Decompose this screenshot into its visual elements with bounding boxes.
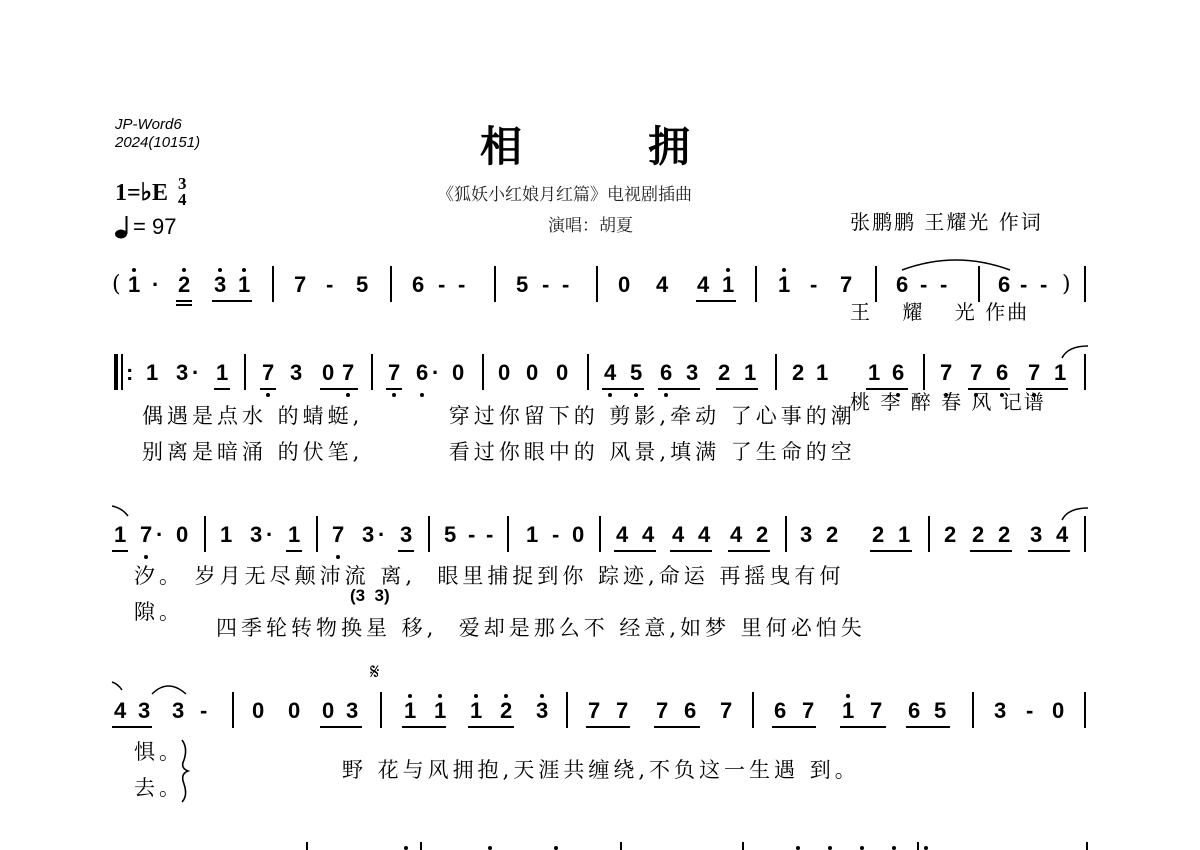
lyrics-refrain: 野 花与风拥抱,天涯共缠绕,不负这一生遇 到。 xyxy=(342,754,860,784)
segno-icon: 𝄋 xyxy=(370,660,379,685)
lyrics-verse-1-end: 惧。 xyxy=(134,736,184,766)
score-line-5-partial xyxy=(0,842,1200,850)
score-line-1: ( 1 · 2 3 1 7-5 6-- 5-- 04 41 1 -7 6-- 6… xyxy=(0,270,1200,310)
lyrics-verse-1-line-2a: 偶遇是点水 的蜻蜓, 穿过你留下的 剪影,牵动 了心事的潮 xyxy=(142,400,856,430)
lyrics-verse-2-line-3-start: 隙。 xyxy=(134,596,184,626)
alternate-notes: (3 3) xyxy=(350,586,390,606)
score-line-3: 1 7· 0 13· 1 7 3· 3 5-- 1-0 44 44 42 32 … xyxy=(0,520,1200,560)
page-title: 相 拥 xyxy=(480,114,690,174)
singer: 演唱：胡夏 xyxy=(548,211,633,236)
score-line-4: 43 3- 00 03 1 1 1 2 3 77 76 7 67 1 7 65 … xyxy=(0,696,1200,736)
software-label: JP-Word6 2024(10151) xyxy=(115,116,200,152)
lyrics-verse-2-line-3: 四季轮转物换星 移, 爱却是那么不 经意,如梦 里何必怕失 xyxy=(216,612,866,642)
time-signature: 3 4 xyxy=(178,176,187,208)
tie-slur xyxy=(900,256,1012,272)
lyricist: 张鹏鹏 王耀光 作词 xyxy=(850,207,1046,237)
key-label: 1=♭E xyxy=(115,178,168,207)
score-line-2: : 13· 1 7 3 07 7 6· 0 000 45 63 21 21 16… xyxy=(0,358,1200,398)
lyrics-verse-1-line-3: 汐。 岁月无尽颠沛流 离, 眼里捕捉到你 踪迹,命运 再摇曳有何 xyxy=(134,560,844,590)
subtitle: 《狐妖小红娘月红篇》电视剧插曲 xyxy=(437,180,692,205)
tie-slur xyxy=(110,680,190,696)
tie-slur xyxy=(1060,506,1090,522)
tie-slur xyxy=(1060,344,1090,360)
tempo-value: = 97 xyxy=(133,214,176,240)
software-version: 2024(10151) xyxy=(115,134,200,152)
tempo-marking: = 97 xyxy=(115,214,176,240)
brace-icon xyxy=(178,738,192,804)
time-bottom: 4 xyxy=(178,192,187,208)
tie-slur xyxy=(110,504,130,518)
lyrics-verse-2-line-2a: 别离是暗涌 的伏笔, 看过你眼中的 风景,填满 了生命的空 xyxy=(142,436,856,466)
lyrics-verse-2-end: 去。 xyxy=(134,772,184,802)
quarter-note-icon xyxy=(115,214,131,240)
key-signature: 1=♭E 3 4 xyxy=(115,176,187,208)
software-name: JP-Word6 xyxy=(115,116,200,134)
